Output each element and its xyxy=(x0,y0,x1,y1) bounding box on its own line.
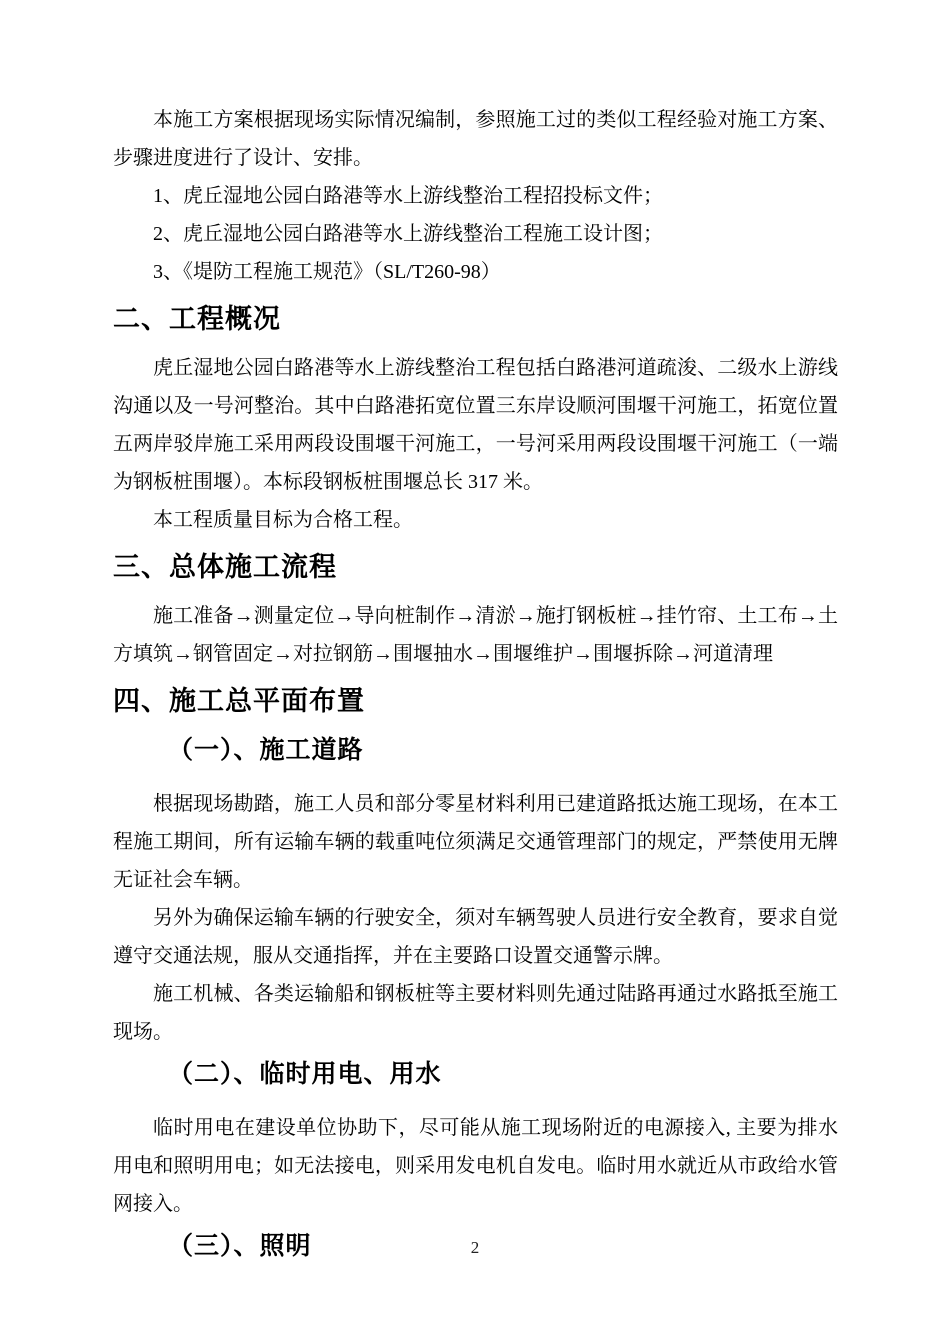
intro-paragraph: 本施工方案根据现场实际情况编制，参照施工过的类似工程经验对施工方案、步骤进度进行… xyxy=(113,101,838,177)
document-body: 本施工方案根据现场实际情况编制，参照施工过的类似工程经验对施工方案、步骤进度进行… xyxy=(113,101,838,1281)
heading-construction-process: 三、总体施工流程 xyxy=(113,545,838,589)
quality-target-paragraph: 本工程质量目标为合格工程。 xyxy=(113,501,838,539)
material-transport-paragraph: 施工机械、各类运输船和钢板桩等主要材料则先通过陆路再通过水路抵至施工现场。 xyxy=(113,975,838,1051)
reference-item-2: 2、虎丘湿地公园白路港等水上游线整治工程施工设计图； xyxy=(113,215,838,253)
traffic-safety-paragraph: 另外为确保运输车辆的行驶安全，须对车辆驾驶人员进行安全教育，要求自觉遵守交通法规… xyxy=(113,899,838,975)
heading-project-overview: 二、工程概况 xyxy=(113,297,838,341)
heading-site-layout: 四、施工总平面布置 xyxy=(113,679,838,723)
project-overview-paragraph: 虎丘湿地公园白路港等水上游线整治工程包括白路港河道疏浚、二级水上游线沟通以及一号… xyxy=(113,349,838,501)
temporary-power-paragraph: 临时用电在建设单位协助下，尽可能从施工现场附近的电源接入, 主要为排水用电和照明… xyxy=(113,1109,838,1223)
reference-item-3: 3、《堤防工程施工规范》（SL/T260-98） xyxy=(113,253,838,291)
reference-item-1: 1、虎丘湿地公园白路港等水上游线整治工程招投标文件； xyxy=(113,177,838,215)
subheading-construction-road: （一）、施工道路 xyxy=(113,731,838,769)
road-access-paragraph: 根据现场勘踏，施工人员和部分零星材料利用已建道路抵达施工现场，在本工程施工期间，… xyxy=(113,785,838,899)
document-page: 本施工方案根据现场实际情况编制，参照施工过的类似工程经验对施工方案、步骤进度进行… xyxy=(0,0,950,1344)
subheading-temporary-power-water: （二）、临时用电、用水 xyxy=(113,1055,838,1093)
process-flow-paragraph: 施工准备→测量定位→导向桩制作→清淤→施打钢板桩→挂竹帘、土工布→土方填筑→钢管… xyxy=(113,597,838,673)
page-number: 2 xyxy=(0,1238,950,1258)
